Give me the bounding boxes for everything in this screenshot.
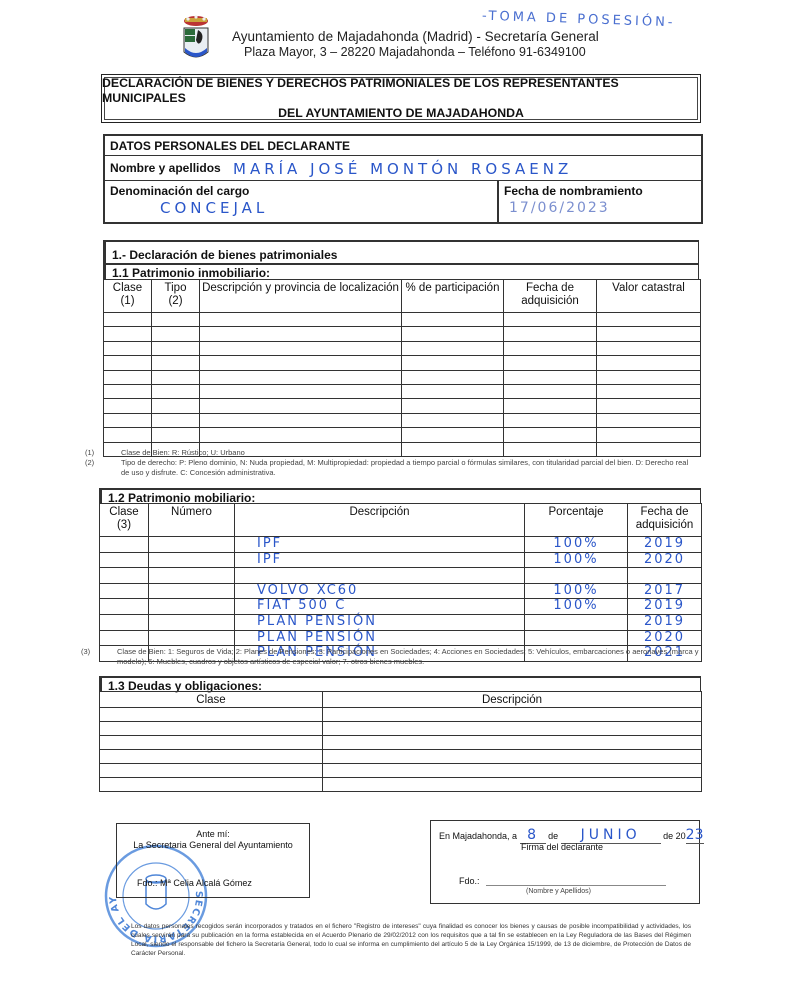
table-row: FIAT 500 C100%2019 bbox=[100, 599, 702, 615]
table-cell[interactable] bbox=[323, 778, 702, 792]
table-cell[interactable] bbox=[200, 341, 402, 355]
cell-clase[interactable] bbox=[100, 599, 149, 615]
table-cell[interactable] bbox=[104, 399, 152, 413]
table-cell[interactable] bbox=[402, 356, 504, 370]
header-line-1: Ayuntamiento de Majadahonda (Madrid) - S… bbox=[232, 29, 599, 44]
column-header: Clase(3) bbox=[100, 504, 149, 537]
table-cell[interactable] bbox=[100, 750, 323, 764]
table-row bbox=[104, 428, 701, 442]
table-cell[interactable] bbox=[152, 399, 200, 413]
cell-fecha[interactable]: 2019 bbox=[628, 537, 702, 553]
secretary-title: La Secretaria General del Ayuntamiento bbox=[117, 840, 309, 850]
table-cell[interactable] bbox=[200, 313, 402, 327]
column-header: Número bbox=[149, 504, 235, 537]
cell-fecha[interactable]: 2020 bbox=[628, 552, 702, 568]
movables-heading: 1.2 Patrimonio mobiliario: bbox=[99, 488, 701, 504]
table-row: PLAN PENSIÓN2019 bbox=[100, 614, 702, 630]
footnote: (2)Tipo de derecho: P: Pleno dominio, N:… bbox=[103, 458, 693, 478]
cell-porcentaje[interactable] bbox=[525, 568, 628, 584]
column-header: Clase(1) bbox=[104, 280, 152, 313]
privacy-notice: Los datos personales recogidos serán inc… bbox=[131, 922, 691, 958]
table-cell[interactable] bbox=[402, 428, 504, 442]
table-row bbox=[100, 736, 702, 750]
cell-porcentaje[interactable]: 100% bbox=[525, 537, 628, 553]
secretary-signed: Fdo.: Mª Celia Alcalá Gómez bbox=[117, 878, 309, 888]
section-1-heading: 1.- Declaración de bienes patrimoniales bbox=[103, 240, 699, 264]
table-cell[interactable] bbox=[402, 399, 504, 413]
title-line-2: DEL AYUNTAMIENTO DE MAJADAHONDA bbox=[278, 106, 524, 121]
cell-clase[interactable] bbox=[100, 537, 149, 553]
table-cell[interactable] bbox=[200, 413, 402, 427]
footnote: (1)Clase de Bien: R: Rústico; U: Urbano bbox=[103, 448, 693, 458]
table-cell[interactable] bbox=[504, 313, 597, 327]
table-cell[interactable] bbox=[152, 384, 200, 398]
cell-fecha[interactable]: 2020 bbox=[628, 630, 702, 646]
table-row bbox=[104, 327, 701, 341]
movables-table: Clase(3)NúmeroDescripciónPorcentajeFecha… bbox=[99, 503, 702, 662]
coat-of-arms-icon bbox=[180, 14, 212, 64]
table-cell[interactable] bbox=[504, 428, 597, 442]
table-cell[interactable] bbox=[597, 428, 701, 442]
appointment-date-label: Fecha de nombramiento bbox=[504, 184, 643, 198]
table-row bbox=[104, 370, 701, 384]
cell-porcentaje[interactable]: 100% bbox=[525, 552, 628, 568]
de-1: de bbox=[548, 831, 558, 841]
table-row bbox=[100, 708, 702, 722]
position-value[interactable]: CONCEJAL bbox=[160, 199, 268, 217]
cell-numero[interactable] bbox=[149, 599, 235, 615]
table-cell[interactable] bbox=[504, 413, 597, 427]
table-cell[interactable] bbox=[402, 413, 504, 427]
table-cell[interactable] bbox=[323, 708, 702, 722]
year-field[interactable]: 23 bbox=[686, 827, 704, 844]
cell-numero[interactable] bbox=[149, 568, 235, 584]
declarant-signature-line[interactable] bbox=[486, 885, 666, 886]
table-row bbox=[104, 384, 701, 398]
cell-clase[interactable] bbox=[100, 568, 149, 584]
real-estate-heading: 1.1 Patrimonio inmobiliario: bbox=[103, 264, 699, 280]
table-cell[interactable] bbox=[597, 413, 701, 427]
table-cell[interactable] bbox=[152, 413, 200, 427]
cell-porcentaje[interactable]: 100% bbox=[525, 583, 628, 599]
cell-numero[interactable] bbox=[149, 537, 235, 553]
table-cell[interactable] bbox=[597, 341, 701, 355]
position-cell: Denominación del cargo CONCEJAL bbox=[105, 181, 499, 222]
table-row bbox=[100, 764, 702, 778]
table-cell[interactable] bbox=[104, 313, 152, 327]
table-cell[interactable] bbox=[200, 399, 402, 413]
table-cell[interactable] bbox=[200, 428, 402, 442]
table-cell[interactable] bbox=[597, 356, 701, 370]
cell-descripcion[interactable]: FIAT 500 C bbox=[235, 599, 525, 615]
table-cell[interactable] bbox=[104, 341, 152, 355]
table-cell[interactable] bbox=[504, 399, 597, 413]
movables-note: (3)Clase de Bien: 1: Seguros de Vida; 2:… bbox=[99, 647, 717, 667]
table-cell[interactable] bbox=[200, 384, 402, 398]
title-line-1: DECLARACIÓN DE BIENES Y DERECHOS PATRIMO… bbox=[102, 76, 700, 106]
table-cell[interactable] bbox=[104, 370, 152, 384]
cell-numero[interactable] bbox=[149, 614, 235, 630]
table-cell[interactable] bbox=[402, 313, 504, 327]
table-cell[interactable] bbox=[402, 341, 504, 355]
table-row bbox=[100, 568, 702, 584]
position-label: Denominación del cargo bbox=[110, 184, 249, 198]
table-row: VOLVO XC60100%2017 bbox=[100, 583, 702, 599]
name-row: Nombre y apellidos MARÍA JOSÉ MONTÓN ROS… bbox=[105, 157, 701, 181]
cell-descripcion[interactable]: PLAN PENSIÓN bbox=[235, 614, 525, 630]
debts-heading: 1.3 Deudas y obligaciones: bbox=[99, 676, 701, 692]
table-cell[interactable] bbox=[323, 750, 702, 764]
table-cell[interactable] bbox=[597, 370, 701, 384]
table-cell[interactable] bbox=[152, 370, 200, 384]
cell-numero[interactable] bbox=[149, 552, 235, 568]
debts-table: ClaseDescripción bbox=[99, 691, 702, 792]
table-cell[interactable] bbox=[104, 428, 152, 442]
column-header: Descripción bbox=[235, 504, 525, 537]
table-cell[interactable] bbox=[104, 413, 152, 427]
table-row: IPF100%2019 bbox=[100, 537, 702, 553]
table-cell[interactable] bbox=[597, 313, 701, 327]
table-cell[interactable] bbox=[104, 356, 152, 370]
name-label: Nombre y apellidos bbox=[110, 161, 221, 175]
place-prefix: En Majadahonda, a bbox=[439, 831, 517, 841]
cell-descripcion[interactable] bbox=[235, 568, 525, 584]
table-row bbox=[104, 356, 701, 370]
cell-clase[interactable] bbox=[100, 552, 149, 568]
column-header: Tipo(2) bbox=[152, 280, 200, 313]
cell-numero[interactable] bbox=[149, 630, 235, 646]
table-cell[interactable] bbox=[597, 327, 701, 341]
table-row bbox=[100, 778, 702, 792]
column-header: Porcentaje bbox=[525, 504, 628, 537]
ante-label: Ante mí: bbox=[117, 829, 309, 839]
declarant-signature-box: En Majadahonda, a 8 de JUNIO de 2023 Fir… bbox=[430, 820, 700, 904]
cell-numero[interactable] bbox=[149, 583, 235, 599]
column-header: % de participación bbox=[402, 280, 504, 313]
column-header: Valor catastral bbox=[597, 280, 701, 313]
appointment-date-value[interactable]: 17/06/2023 bbox=[509, 200, 610, 216]
table-cell[interactable] bbox=[504, 341, 597, 355]
declarant-signature-label: Firma del declarante bbox=[521, 842, 603, 852]
table-cell[interactable] bbox=[152, 313, 200, 327]
table-cell[interactable] bbox=[152, 428, 200, 442]
table-cell[interactable] bbox=[152, 341, 200, 355]
table-cell[interactable] bbox=[402, 370, 504, 384]
table-row bbox=[104, 341, 701, 355]
table-cell[interactable] bbox=[597, 399, 701, 413]
table-cell[interactable] bbox=[402, 327, 504, 341]
table-cell[interactable] bbox=[152, 356, 200, 370]
cell-clase[interactable] bbox=[100, 583, 149, 599]
de-2: de 20 bbox=[663, 831, 686, 841]
table-cell[interactable] bbox=[200, 370, 402, 384]
cell-descripcion[interactable]: PLAN PENSIÓN bbox=[235, 630, 525, 646]
table-cell[interactable] bbox=[104, 384, 152, 398]
cell-descripcion[interactable]: IPF bbox=[235, 552, 525, 568]
cell-fecha[interactable]: 2017 bbox=[628, 583, 702, 599]
table-cell[interactable] bbox=[402, 384, 504, 398]
table-cell[interactable] bbox=[200, 356, 402, 370]
cell-fecha[interactable]: 2019 bbox=[628, 614, 702, 630]
table-cell[interactable] bbox=[597, 384, 701, 398]
table-row: PLAN PENSIÓN2020 bbox=[100, 630, 702, 646]
name-value[interactable]: MARÍA JOSÉ MONTÓN ROSAENZ bbox=[233, 160, 572, 178]
appointment-date-cell: Fecha de nombramiento 17/06/2023 bbox=[499, 181, 701, 222]
table-cell[interactable] bbox=[104, 327, 152, 341]
cell-clase[interactable] bbox=[100, 614, 149, 630]
table-row bbox=[104, 413, 701, 427]
cell-descripcion[interactable]: VOLVO XC60 bbox=[235, 583, 525, 599]
table-cell[interactable] bbox=[200, 327, 402, 341]
table-cell[interactable] bbox=[100, 722, 323, 736]
name-hint: (Nombre y Apellidos) bbox=[526, 888, 591, 895]
table-cell[interactable] bbox=[323, 736, 702, 750]
real-estate-table: Clase(1)Tipo(2)Descripción y provincia d… bbox=[103, 279, 701, 457]
table-cell[interactable] bbox=[323, 764, 702, 778]
column-header: Descripción y provincia de localización bbox=[200, 280, 402, 313]
table-cell[interactable] bbox=[100, 708, 323, 722]
table-cell[interactable] bbox=[152, 327, 200, 341]
table-row: IPF100%2020 bbox=[100, 552, 702, 568]
table-row bbox=[100, 722, 702, 736]
table-cell[interactable] bbox=[100, 778, 323, 792]
cell-porcentaje[interactable]: 100% bbox=[525, 599, 628, 615]
table-cell[interactable] bbox=[323, 722, 702, 736]
handwritten-note: -TOMA DE POSESIÓN- bbox=[482, 9, 676, 31]
personal-data-section: DATOS PERSONALES DEL DECLARANTE Nombre y… bbox=[103, 134, 703, 224]
cell-descripcion[interactable]: IPF bbox=[235, 537, 525, 553]
header-line-2: Plaza Mayor, 3 – 28220 Majadahonda – Tel… bbox=[244, 45, 586, 59]
table-cell[interactable] bbox=[504, 327, 597, 341]
table-cell[interactable] bbox=[504, 384, 597, 398]
column-header: Clase bbox=[100, 692, 323, 708]
table-cell[interactable] bbox=[100, 736, 323, 750]
table-cell[interactable] bbox=[100, 764, 323, 778]
table-row bbox=[104, 399, 701, 413]
cell-porcentaje[interactable] bbox=[525, 630, 628, 646]
cell-clase[interactable] bbox=[100, 630, 149, 646]
cell-porcentaje[interactable] bbox=[525, 614, 628, 630]
table-cell[interactable] bbox=[504, 356, 597, 370]
column-header: Descripción bbox=[323, 692, 702, 708]
cell-fecha[interactable] bbox=[628, 568, 702, 584]
personal-data-heading: DATOS PERSONALES DEL DECLARANTE bbox=[105, 136, 701, 156]
table-row bbox=[104, 313, 701, 327]
document-title: DECLARACIÓN DE BIENES Y DERECHOS PATRIMO… bbox=[101, 74, 701, 123]
column-header: Fecha de adquisición bbox=[504, 280, 597, 313]
real-estate-notes: (1)Clase de Bien: R: Rústico; U: Urbano(… bbox=[103, 448, 693, 478]
cell-fecha[interactable]: 2019 bbox=[628, 599, 702, 615]
table-row bbox=[100, 750, 702, 764]
secretary-box: Ante mí: La Secretaria General del Ayunt… bbox=[116, 823, 310, 898]
column-header: Fecha de adquisición bbox=[628, 504, 702, 537]
fdo-label: Fdo.: bbox=[459, 876, 480, 886]
table-cell[interactable] bbox=[504, 370, 597, 384]
